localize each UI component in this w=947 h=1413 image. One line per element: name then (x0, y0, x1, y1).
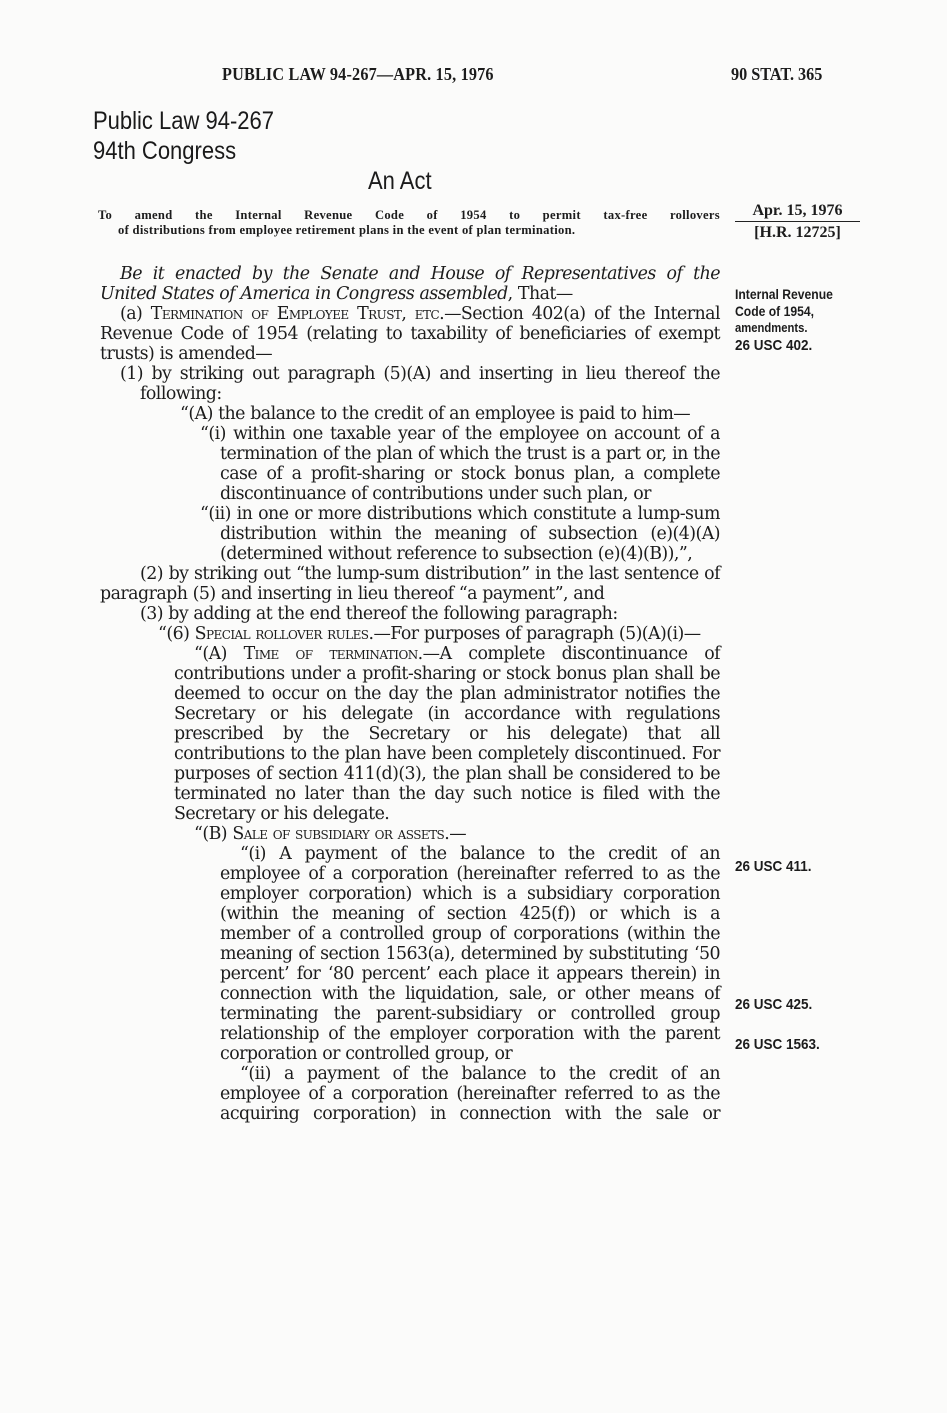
margin-note-usc-425: 26 USC 425. (735, 996, 812, 1013)
running-header-title: PUBLIC LAW 94-267—APR. 15, 1976 (222, 64, 494, 85)
act-heading: An Act (368, 167, 432, 196)
act-summary: To amend the Internal Revenue Code of 19… (98, 208, 720, 238)
law-title-block: Public Law 94-267 94th Congress (93, 106, 274, 166)
subparagraph-b-ii: “(ii) a payment of the balance to the cr… (104, 1064, 720, 1124)
quote-a-i: “(i) within one taxable year of the empl… (104, 424, 720, 504)
statute-body: Be it enacted by the Senate and House of… (100, 264, 720, 1124)
item-2: (2) by striking out “the lump-sum distri… (80, 564, 720, 604)
subparagraph-b-heading: Sale of subsidiary or assets. (232, 824, 449, 844)
paragraph-6-label: “(6) (158, 624, 195, 644)
congress-number: 94th Congress (93, 136, 274, 166)
quote-a: “(A) the balance to the credit of an emp… (80, 404, 720, 424)
paragraph-6-heading: Special rollover rules. (195, 624, 374, 644)
margin-note-usc-1563: 26 USC 1563. (735, 1036, 820, 1053)
subparagraph-a-heading: Time of termination. (244, 644, 423, 664)
section-a: (a) Termination of Employee Trust, etc.—… (100, 304, 720, 364)
enacting-clause-tail: , That— (508, 284, 573, 304)
subparagraph-b-tail: — (449, 824, 466, 844)
bill-number: [H.R. 12725] (735, 224, 860, 242)
enacting-clause-italic: Be it enacted by the Senate and House of… (100, 264, 720, 304)
subparagraph-b: “(B) Sale of subsidiary or assets.— (98, 824, 720, 844)
item-1: (1) by striking out paragraph (5)(A) and… (100, 364, 720, 404)
margin-note-line: Code of 1954, (735, 303, 833, 320)
margin-note-line: Internal Revenue (735, 286, 833, 303)
quote-a-ii: “(ii) in one or more distributions which… (104, 504, 720, 564)
margin-note-usc-402: 26 USC 402. (735, 337, 833, 354)
enacting-clause: Be it enacted by the Senate and House of… (100, 264, 720, 304)
statute-citation: 90 STAT. 365 (731, 64, 822, 85)
enactment-date-block: Apr. 15, 1976 [H.R. 12725] (735, 202, 860, 242)
subparagraph-a-text: —A complete discontinuance of contributi… (174, 644, 720, 824)
subparagraph-b-i: “(i) A payment of the balance to the cre… (104, 844, 720, 1064)
margin-note-line: amendments. (735, 320, 833, 337)
margin-note-usc-411: 26 USC 411. (735, 858, 812, 875)
margin-note-irc-amendments: Internal Revenue Code of 1954, amendment… (735, 286, 833, 354)
section-a-heading: Termination of Employee Trust, etc. (151, 304, 444, 324)
paragraph-6: “(6) Special rollover rules.—For purpose… (80, 624, 720, 644)
summary-line-1: To amend the Internal Revenue Code of 19… (98, 208, 720, 223)
section-a-label: (a) (120, 304, 151, 324)
item-3: (3) by adding at the end thereof the fol… (80, 604, 720, 624)
subparagraph-b-label: “(B) (194, 824, 232, 844)
subparagraph-a: “(A) Time of termination.—A complete dis… (98, 644, 720, 824)
public-law-number: Public Law 94-267 (93, 106, 274, 136)
paragraph-6-text: —For purposes of paragraph (5)(A)(i)— (373, 624, 700, 644)
subparagraph-a-label: “(A) (194, 644, 244, 664)
enactment-date: Apr. 15, 1976 (735, 202, 860, 222)
summary-line-2: of distributions from employee retiremen… (98, 223, 720, 238)
